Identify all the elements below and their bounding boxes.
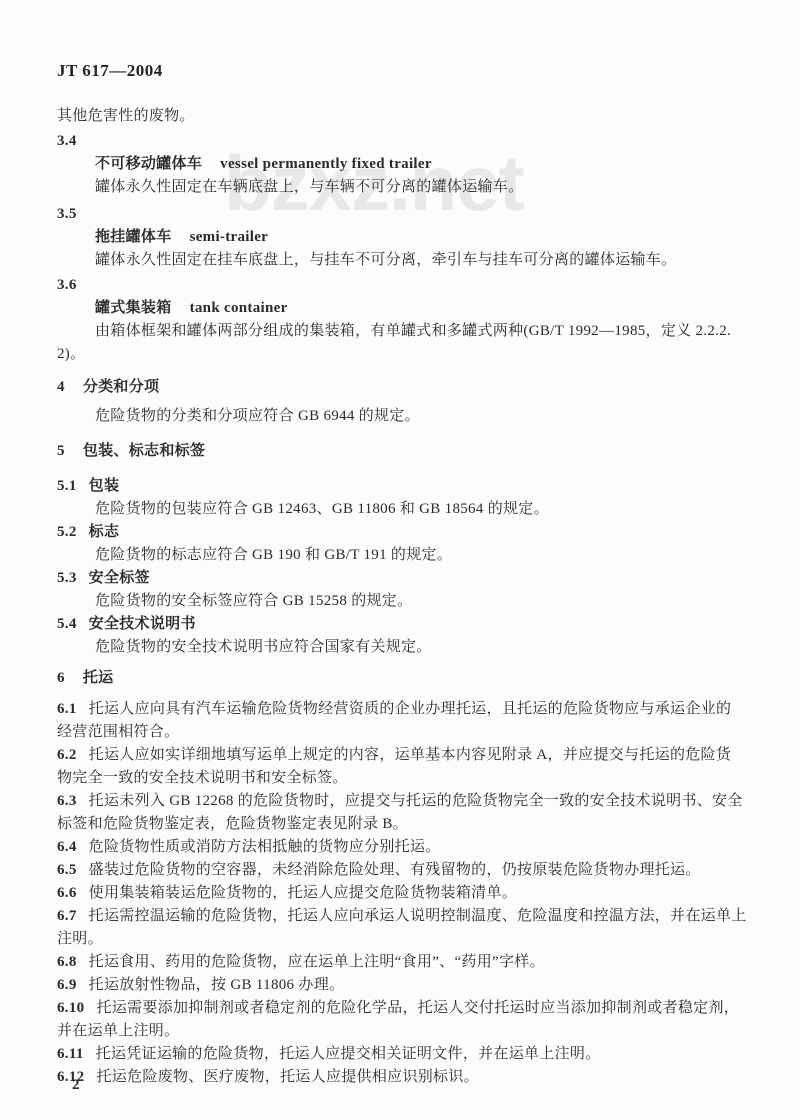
clause-text: 托运未列入 GB 12268 的危险货物时，应提交与托运的危险货物完全一致的安全… xyxy=(89,793,743,809)
subsection-heading-5-4: 5.4安全技术说明书 xyxy=(57,613,750,636)
clause-6-3: 6.3托运未列入 GB 12268 的危险货物时，应提交与托运的危险货物完全一致… xyxy=(57,790,750,813)
term-en: tank container xyxy=(190,300,288,316)
clause-6-11: 6.11托运凭证运输的危险货物，托运人应提交相关证明文件，并在运单上注明。 xyxy=(57,1043,750,1066)
clause-text: 托运人应向具有汽车运输危险货物经营资质的企业办理托运，且托运的危险货物应与承运企… xyxy=(89,701,732,717)
definition-continuation: 2)。 xyxy=(57,343,750,366)
clause-text: 使用集装箱装运危险货物的，托运人应提交危险货物装箱清单。 xyxy=(89,885,517,901)
subsection-title: 包装 xyxy=(89,478,120,494)
body-line: 危险货物的安全技术说明书应符合国家有关规定。 xyxy=(57,636,750,659)
clause-text: 托运凭证运输的危险货物，托运人应提交相关证明文件，并在运单上注明。 xyxy=(96,1046,601,1062)
body-line: 危险货物的包装应符合 GB 12463、GB 11806 和 GB 18564 … xyxy=(57,498,750,521)
definition-line: 罐体永久性固定在挂车底盘上，与挂车不可分离，牵引车与挂车可分离的罐体运输车。 xyxy=(57,249,750,272)
clause-number: 6.9 xyxy=(57,977,77,993)
definition-line: 罐体永久性固定在车辆底盘上，与车辆不可分离的罐体运输车。 xyxy=(57,176,750,199)
clause-6-2: 6.2托运人应如实详细地填写运单上规定的内容，运单基本内容见附录 A，并应提交与… xyxy=(57,744,750,767)
clause-number: 6.2 xyxy=(57,747,77,763)
term-zh: 拖挂罐体车 xyxy=(95,229,172,245)
definition-line: 由箱体框架和罐体两部分组成的集装箱，有单罐式和多罐式两种(GB/T 1992—1… xyxy=(57,320,750,343)
clause-continuation: 注明。 xyxy=(57,928,750,951)
section-heading-6: 6托运 xyxy=(57,667,750,690)
term-zh: 罐式集装箱 xyxy=(95,300,172,316)
section-heading-5: 5包装、标志和标签 xyxy=(57,440,750,463)
section-heading-4: 4分类和分项 xyxy=(57,376,750,399)
standard-number: JT 617—2004 xyxy=(57,61,163,81)
clause-text: 托运放射性物品，按 GB 11806 办理。 xyxy=(89,977,345,993)
clause-6-7: 6.7托运需控温运输的危险货物，托运人应向承运人说明控制温度、危险温度和控温方法… xyxy=(57,905,750,928)
clause-text: 托运人应如实详细地填写运单上规定的内容，运单基本内容见附录 A，并应提交与托运的… xyxy=(89,747,732,763)
subsection-number: 5.2 xyxy=(57,524,77,540)
subsection-title: 安全技术说明书 xyxy=(89,616,196,632)
clause-6-6: 6.6使用集装箱装运危险货物的，托运人应提交危险货物装箱清单。 xyxy=(57,882,750,905)
document-page: JT 617—2004 bzxz.net 其他危害性的废物。 3.4 不可移动罐… xyxy=(0,0,800,1120)
clause-number: 6.4 xyxy=(57,839,77,855)
clause-text: 托运危险废物、医疗废物，托运人应提供相应识别标识。 xyxy=(96,1069,479,1085)
term-en: vessel permanently fixed trailer xyxy=(220,156,432,172)
clause-6-9: 6.9托运放射性物品，按 GB 11806 办理。 xyxy=(57,974,750,997)
term-number-3-5: 3.5 xyxy=(57,203,750,226)
subsection-heading-5-2: 5.2标志 xyxy=(57,521,750,544)
subsection-heading-5-3: 5.3安全标签 xyxy=(57,567,750,590)
term-line: 拖挂罐体车 semi-trailer xyxy=(57,226,750,249)
clause-continuation: 经营范围相符合。 xyxy=(57,721,750,744)
body-line: 危险货物的标志应符合 GB 190 和 GB/T 191 的规定。 xyxy=(57,544,750,567)
clause-number: 6.12 xyxy=(57,1069,84,1085)
clause-text: 危险货物性质或消防方法相抵触的货物应分别托运。 xyxy=(89,839,441,855)
term-en: semi-trailer xyxy=(190,229,269,245)
clause-number: 6.5 xyxy=(57,862,77,878)
term-line: 不可移动罐体车 vessel permanently fixed trailer xyxy=(57,153,750,176)
clause-6-1: 6.1托运人应向具有汽车运输危险货物经营资质的企业办理托运，且托运的危险货物应与… xyxy=(57,698,750,721)
clause-continuation: 物完全一致的安全技术说明书和安全标签。 xyxy=(57,767,750,790)
term-zh: 不可移动罐体车 xyxy=(95,156,202,172)
clause-6-10: 6.10托运需要添加抑制剂或者稳定剂的危险化学品，托运人交付托运时应当添加抑制剂… xyxy=(57,997,750,1020)
clause-number: 6.11 xyxy=(57,1046,84,1062)
section-title: 分类和分项 xyxy=(83,379,160,395)
clause-text: 托运食用、药用的危险货物，应在运单上注明“食用”、“药用”字样。 xyxy=(89,954,545,970)
section-title: 包装、标志和标签 xyxy=(83,443,205,459)
subsection-number: 5.4 xyxy=(57,616,77,632)
subsection-number: 5.3 xyxy=(57,570,77,586)
page-number: 2 xyxy=(72,1077,80,1094)
section-number: 5 xyxy=(57,443,65,459)
document-body: 其他危害性的废物。 3.4 不可移动罐体车 vessel permanently… xyxy=(57,105,750,1089)
clause-text: 托运需控温运输的危险货物，托运人应向承运人说明控制温度、危险温度和控温方法，并在… xyxy=(89,908,747,924)
clause-6-8: 6.8托运食用、药用的危险货物，应在运单上注明“食用”、“药用”字样。 xyxy=(57,951,750,974)
section-number: 4 xyxy=(57,379,65,395)
term-number-3-6: 3.6 xyxy=(57,274,750,297)
clause-number: 6.3 xyxy=(57,793,77,809)
term-number-3-4: 3.4 xyxy=(57,130,750,153)
subsection-title: 标志 xyxy=(89,524,120,540)
clause-text: 托运需要添加抑制剂或者稳定剂的危险化学品，托运人交付托运时应当添加抑制剂或者稳定… xyxy=(96,1000,739,1016)
clause-6-5: 6.5盛装过危险货物的空容器，未经消除危险处理、有残留物的，仍按原装危险货物办理… xyxy=(57,859,750,882)
clause-6-12: 6.12托运危险废物、医疗废物，托运人应提供相应识别标识。 xyxy=(57,1066,750,1089)
term-line: 罐式集装箱 tank container xyxy=(57,297,750,320)
section-number: 6 xyxy=(57,670,65,686)
clause-continuation: 并在运单上注明。 xyxy=(57,1020,750,1043)
body-line: 危险货物的安全标签应符合 GB 15258 的规定。 xyxy=(57,590,750,613)
section-title: 托运 xyxy=(83,670,114,686)
clause-number: 6.1 xyxy=(57,701,77,717)
clause-number: 6.10 xyxy=(57,1000,84,1016)
subsection-heading-5-1: 5.1包装 xyxy=(57,475,750,498)
clause-6-4: 6.4危险货物性质或消防方法相抵触的货物应分别托运。 xyxy=(57,836,750,859)
subsection-title: 安全标签 xyxy=(89,570,150,586)
body-line: 危险货物的分类和分项应符合 GB 6944 的规定。 xyxy=(57,405,750,428)
subsection-number: 5.1 xyxy=(57,478,77,494)
clause-number: 6.8 xyxy=(57,954,77,970)
clause-continuation: 标签和危险货物鉴定表，危险货物鉴定表见附录 B。 xyxy=(57,813,750,836)
clause-number: 6.6 xyxy=(57,885,77,901)
clause-number: 6.7 xyxy=(57,908,77,924)
clause-text: 盛装过危险货物的空容器，未经消除危险处理、有残留物的，仍按原装危险货物办理托运。 xyxy=(89,862,701,878)
body-line: 其他危害性的废物。 xyxy=(57,105,750,128)
